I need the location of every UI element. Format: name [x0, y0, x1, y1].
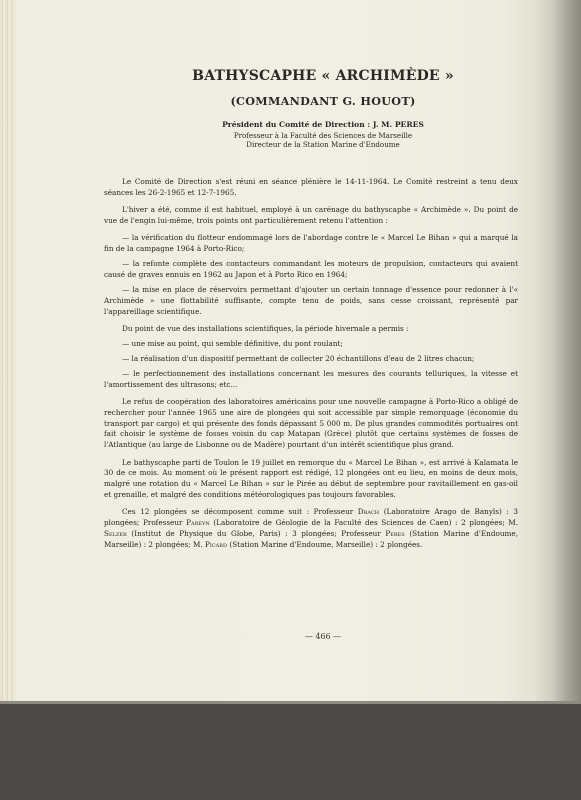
text-run: (Institut de Physique du Globe, Paris) :… [127, 529, 386, 538]
paragraph-winter-careening: L'hiver a été, comme il est habituel, em… [104, 205, 518, 227]
page-bottom-edge [0, 701, 581, 704]
page-number: — 466 — [123, 632, 523, 641]
text-run: (Laboratoire de Géologie de la Faculté d… [210, 518, 518, 527]
person-name: Drach [358, 507, 379, 516]
person-name: Pareyn [186, 518, 210, 527]
committee-president: Président du Comité de Direction : J. M.… [123, 120, 523, 129]
paragraph-dive-area: Le refus de coopération des laboratoires… [104, 397, 518, 451]
page-spine-edge [0, 0, 16, 703]
paragraph-voyage: Le bathyscaphe parti de Toulon le 19 jui… [104, 458, 518, 501]
scanned-page: BATHYSCAPHE « ARCHIMÈDE » (COMMANDANT G.… [0, 0, 581, 703]
paragraph-meetings: Le Comité de Direction s'est réuni en sé… [104, 177, 518, 199]
list-item-contactors: — la refonte complète des contacteurs co… [104, 259, 518, 281]
document-title: BATHYSCAPHE « ARCHIMÈDE » [123, 68, 523, 84]
person-name: Peres [385, 529, 404, 538]
list-item-reservoirs: — la mise en place de réservoirs permett… [104, 285, 518, 317]
list-item-float-check: — la vérification du flotteur endommagé … [104, 233, 518, 255]
paragraph-dive-breakdown: Ces 12 plongées se décomposent comme sui… [104, 507, 518, 550]
affiliation-line-1: Professeur à la Faculté des Sciences de … [123, 131, 523, 140]
document-subtitle: (COMMANDANT G. HOUOT) [123, 94, 523, 108]
list-item-telluric-currents: — le perfectionnement des installations … [104, 369, 518, 391]
list-item-rolling-bridge: — une mise au point, qui semble définiti… [104, 339, 518, 350]
affiliation-line-2: Directeur de la Station Marine d'Endoume [123, 140, 523, 149]
person-name: Selzer [104, 529, 127, 538]
paragraph-scientific-installations: Du point de vue des installations scient… [104, 324, 518, 335]
person-name: Picard [205, 540, 227, 549]
report-body: Le Comité de Direction s'est réuni en sé… [104, 177, 518, 557]
list-item-water-samples: — la réalisation d'un dispositif permett… [104, 354, 518, 365]
text-run: Ces 12 plongées se décomposent comme sui… [122, 507, 358, 516]
text-run: (Station Marine d'Endoume, Marseille) : … [227, 540, 422, 549]
